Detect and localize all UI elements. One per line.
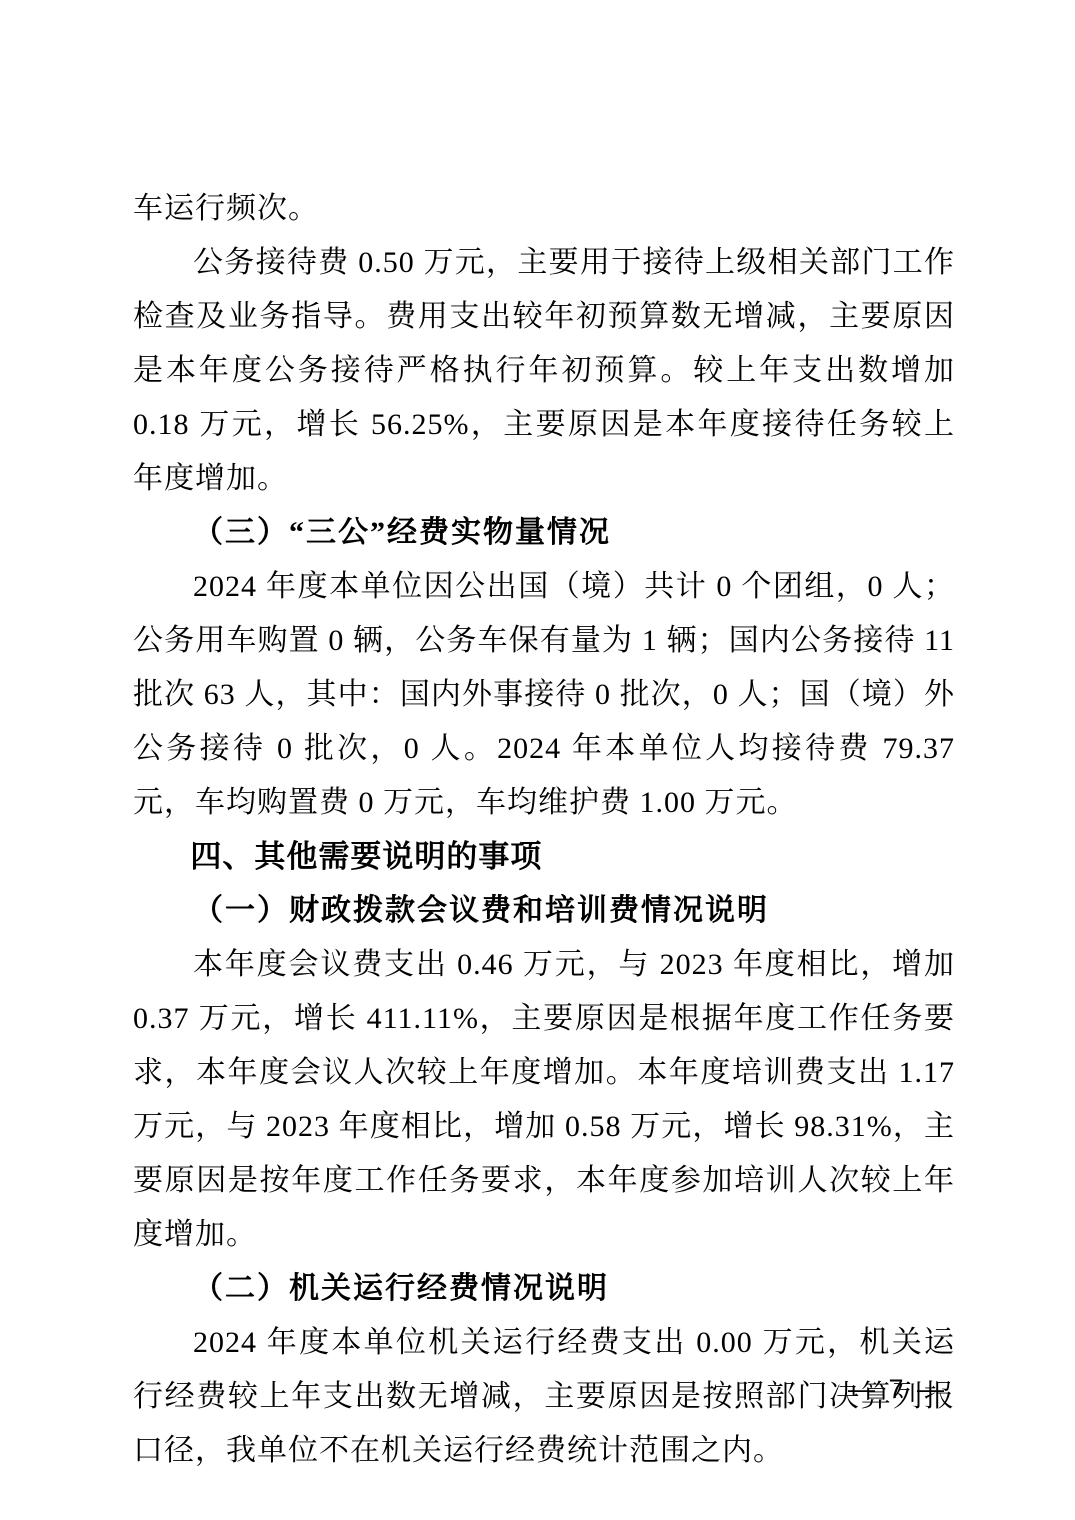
paragraph: 2024 年度本单位机关运行经费支出 0.00 万元，机关运行经费较上年支出数无… [133,1316,955,1478]
document-content: 车运行频次。公务接待费 0.50 万元，主要用于接待上级相关部门工作检查及业务指… [133,182,955,1478]
section-heading: 四、其他需要说明的事项 [133,830,955,884]
page-number: — 7 — [848,1374,947,1405]
subsection-heading: （三）“三公”经费实物量情况 [133,506,955,560]
paragraph: 2024 年度本单位因公出国（境）共计 0 个团组，0 人；公务用车购置 0 辆… [133,560,955,830]
subsection-heading: （一）财政拨款会议费和培训费情况说明 [133,884,955,938]
subsection-heading: （二）机关运行经费情况说明 [133,1262,955,1316]
paragraph: 公务接待费 0.50 万元，主要用于接待上级相关部门工作检查及业务指导。费用支出… [133,236,955,506]
document-page: 车运行频次。公务接待费 0.50 万元，主要用于接待上级相关部门工作检查及业务指… [0,0,1075,1520]
paragraph-continuation: 车运行频次。 [133,182,955,236]
paragraph: 本年度会议费支出 0.46 万元，与 2023 年度相比，增加 0.37 万元，… [133,938,955,1262]
